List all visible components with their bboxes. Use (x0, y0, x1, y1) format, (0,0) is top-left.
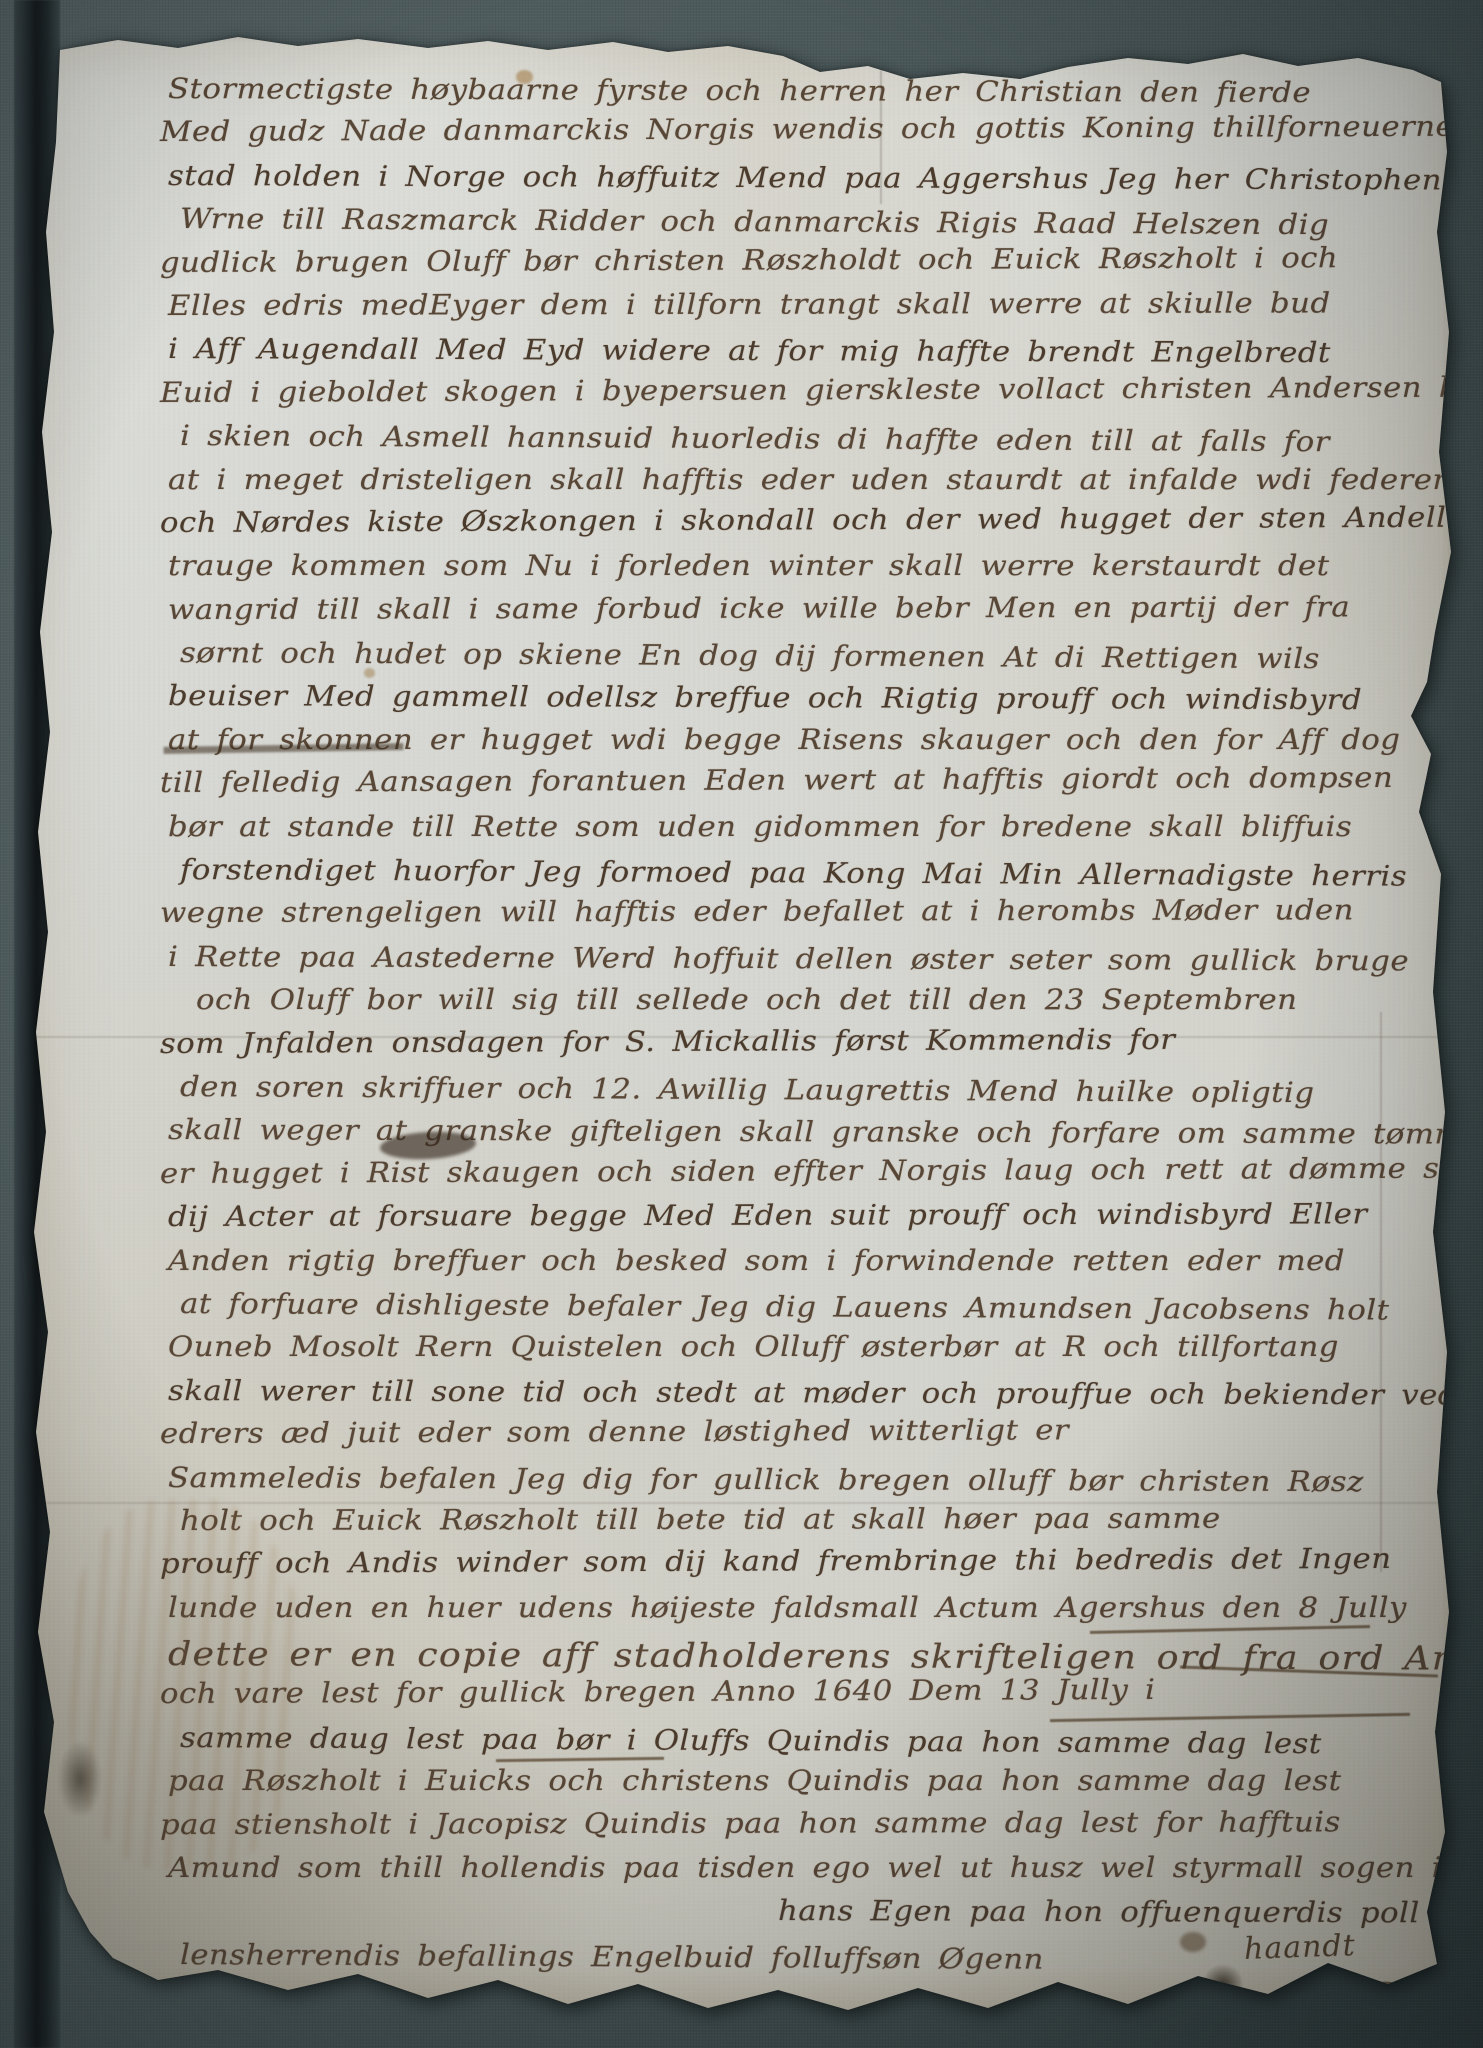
manuscript-line: paa stiensholt i Jacopisz Quindis paa ho… (160, 1804, 1483, 1851)
manuscript-line: Sammeledis befalen Jeg dig for gullick b… (168, 1461, 1483, 1509)
manuscript-paper-wrap: Stormectigste høybaarne fyrste och herre… (28, 32, 1452, 2024)
manuscript-line: och Nørdes kiste Øszkongen i skondall oc… (160, 500, 1483, 549)
manuscript-line: som Jnfalden onsdagen for S. Mickallis f… (160, 1021, 1483, 1070)
pen-flourish-dash (1050, 1713, 1410, 1722)
manuscript-line: at i meget dristeligen skall hafftis ede… (168, 463, 1483, 506)
manuscript-line: trauge kommen som Nu i forleden winter s… (168, 549, 1483, 592)
manuscript-line: skall werer till sone tid och stedt at m… (168, 1374, 1483, 1422)
signature-flourish (1346, 1980, 1466, 2032)
ink-blot-small (1180, 1932, 1206, 1952)
manuscript-line: edrers æd juit eder som denne løstighed … (160, 1411, 1483, 1460)
ink-smudge-over-word (379, 1130, 476, 1162)
ink-blot-bottom-right (1204, 1964, 1242, 2006)
manuscript-line: er hugget i Rist skaugen och siden effte… (160, 1151, 1483, 1200)
manuscript-line: holt och Euick Røszholt till bete tid at… (180, 1501, 1483, 1547)
archive-photo-background: Stormectigste høybaarne fyrste och herre… (0, 0, 1483, 2048)
manuscript-line: och vare lest for gullick bregen Anno 16… (160, 1672, 1483, 1721)
manuscript-line: sørnt och hudet op skiene En dog dij for… (180, 636, 1483, 687)
manuscript-line: och Oluff bor will sig till sellede och … (196, 983, 1483, 1026)
manuscript-line: gudlick brugen Oluff bør christen Røszho… (160, 240, 1483, 289)
manuscript-line: lunde uden en huer udens høijeste faldsm… (168, 1591, 1483, 1634)
pen-underline-quindis (496, 1757, 664, 1762)
manuscript-line: Stormectigste høybaarne fyrste och herre… (168, 72, 1483, 120)
signature-haand: haandt (1243, 1928, 1356, 1967)
manuscript-line: beuiser Med gammell odellsz breffue och … (168, 679, 1483, 727)
manuscript-line: Wrne till Raszmarck Ridder och danmarcki… (180, 202, 1483, 253)
manuscript-line: Med gudz Nade danmarckis Norgis wendis o… (160, 110, 1483, 159)
fold-crease-vertical-top (880, 32, 882, 204)
pen-underline-den-8-jully (1090, 1625, 1370, 1634)
manuscript-paper: Stormectigste høybaarne fyrste och herre… (28, 32, 1452, 2024)
age-spot-top (516, 70, 533, 84)
manuscript-line: wegne strengeligen will hafftis eder bef… (160, 893, 1483, 940)
manuscript-line: paa Røszholt i Euicks och christens Quin… (168, 1764, 1483, 1807)
manuscript-line: Elles edris medEyger dem i tillforn tran… (168, 286, 1483, 333)
manuscript-line: Anden rigtig breffuer och besked som i f… (168, 1244, 1483, 1287)
manuscript-text: Stormectigste høybaarne fyrste och herre… (28, 32, 1452, 2024)
manuscript-line: Ouneb Mosolt Rern Quistelen och Olluff ø… (168, 1330, 1483, 1373)
fold-crease-horizontal-upper (28, 1036, 1452, 1038)
fold-crease-horizontal-lower (28, 1502, 1452, 1504)
manuscript-line: till felledig Aansagen forantuen Eden we… (160, 760, 1483, 809)
manuscript-line: bør at stande till Rette som uden gidomm… (168, 810, 1483, 853)
manuscript-line: at forfuare dishligeste befaler Jeg dig … (180, 1287, 1483, 1338)
dark-smudge (58, 1740, 102, 1818)
manuscript-line: Euid i gieboldet skogen i byepersuen gie… (160, 370, 1483, 419)
manuscript-line: hans Egen paa hon offuenquerdis poll tis… (778, 1894, 1483, 1940)
age-spot-middle (364, 668, 375, 678)
manuscript-line: Amund som thill hollendis paa tisden ego… (168, 1851, 1483, 1894)
fold-crease-vertical-right (1380, 1012, 1382, 1572)
manuscript-line: samme daug lest paa bør i Oluffs Quindis… (180, 1721, 1483, 1772)
manuscript-line: wangrid till skall i same forbud icke wi… (168, 590, 1483, 637)
manuscript-line: prouff och Andis winder som dij kand fre… (160, 1541, 1483, 1590)
manuscript-line: dette er en copie aff stadholderens skri… (168, 1634, 1483, 1682)
manuscript-line: stad holden i Norge och høffuitz Mend pa… (168, 159, 1483, 207)
pen-flourish-anno-1640 (1180, 1665, 1438, 1677)
manuscript-line: lensherrendis befallings Engelbuid follu… (180, 1938, 1483, 1989)
water-stain-drips (70, 1500, 300, 1870)
manuscript-line: dij Acter at forsuare begge Med Eden sui… (168, 1197, 1483, 1244)
manuscript-line: i skien och Asmell hannsuid huorledis di… (180, 419, 1483, 470)
manuscript-line: skall weger at granske gifteligen skall … (168, 1113, 1483, 1161)
manuscript-line: forstendiget huorfor Jeg formoed paa Kon… (180, 853, 1483, 904)
manuscript-line: i Rette paa Aastederne Werd hoffuit dell… (168, 940, 1483, 988)
manuscript-line: i Aff Augendall Med Eyd widere at for mi… (168, 332, 1483, 380)
manuscript-line: at for skonnen er hugget wdi begge Risen… (168, 723, 1483, 766)
manuscript-line: den soren skriffuer och 12. Awillig Laug… (180, 1070, 1483, 1121)
